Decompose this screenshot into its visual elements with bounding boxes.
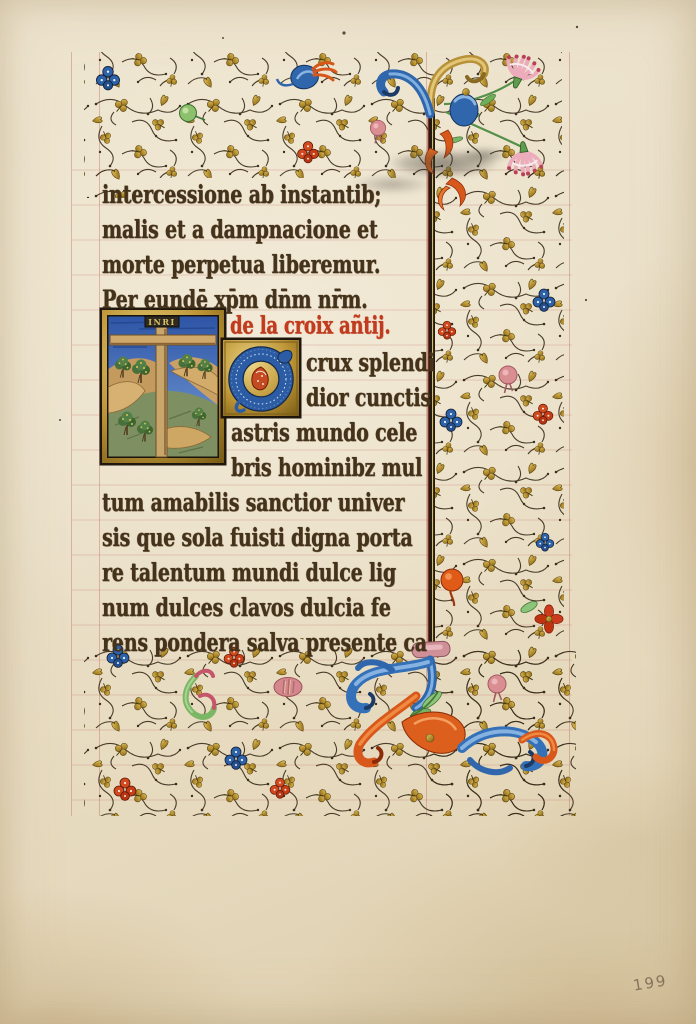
pink-fruit xyxy=(274,678,302,697)
manuscript-page: INRI O intercessione ab instantib; malis… xyxy=(0,0,696,1024)
text-line: Per eundē xp̄m dn̄m nr̄m. xyxy=(102,285,368,315)
decorated-initial: O xyxy=(220,337,302,419)
text-line: crux splendi xyxy=(306,348,435,378)
miniature-cross-landscape: INRI xyxy=(99,307,227,466)
text-line: rens pondera salva presente ca xyxy=(102,628,427,658)
text-line: astris mundo cele xyxy=(231,418,417,448)
text-line: dior cunctis xyxy=(306,383,431,413)
rubric-incipit: de la croix añtij. xyxy=(230,312,390,340)
text-line: bris hominibz mul xyxy=(231,453,422,483)
text-line: sis que sola fuisti digna porta xyxy=(102,523,412,553)
text-line: num dulces clavos dulcia fe xyxy=(102,593,391,623)
text-line: intercessione ab instantib; xyxy=(102,180,381,210)
text-line: malis et a dampnacione et xyxy=(102,215,378,245)
titulus-text: INRI xyxy=(148,317,175,327)
text-line: morte perpetua liberemur. xyxy=(102,250,380,280)
text-line: re talentum mundi dulce lig xyxy=(102,558,396,588)
text-line: tum amabilis sanctior univer xyxy=(102,488,404,518)
